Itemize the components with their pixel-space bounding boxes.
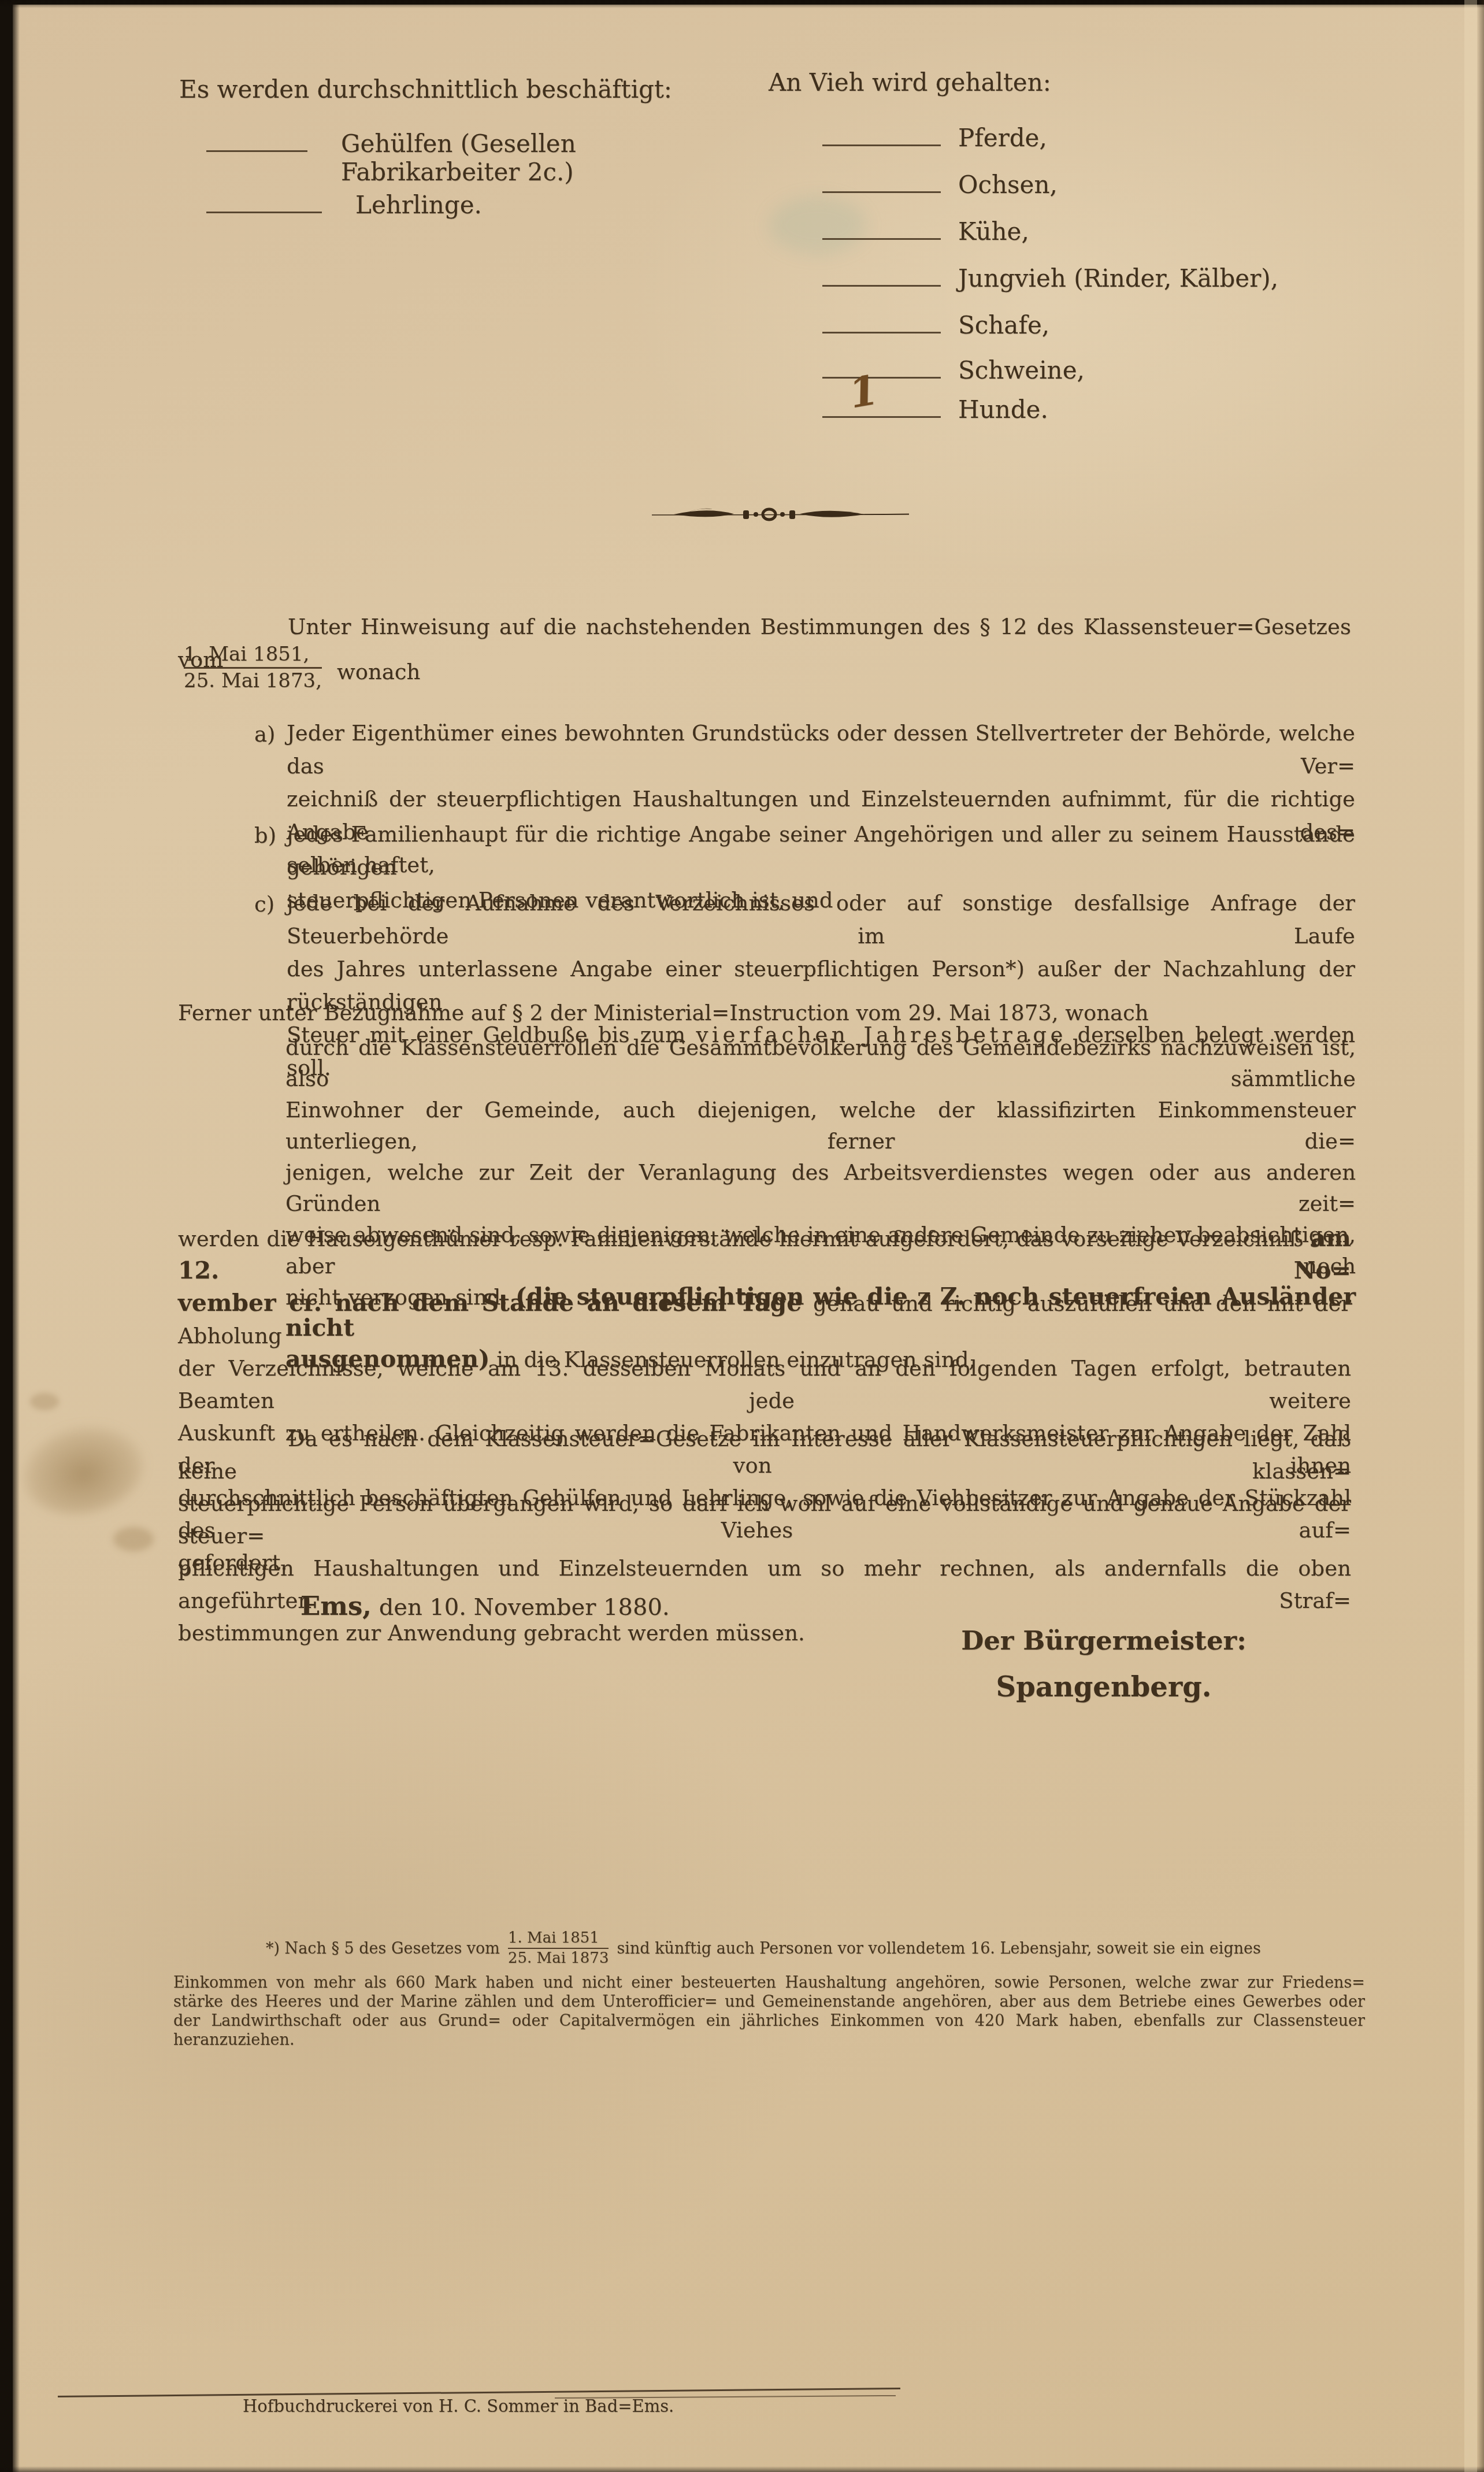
text-segment: stärke des Heeres und der Marine zählen … [173, 1993, 1365, 2011]
signature-block: Der Bürgermeister: Spangenberg. [925, 1625, 1283, 1703]
scanned-document-page: Es werden durchschnittlich beschäftigt: … [0, 0, 1484, 2472]
list-marker-c: c) [254, 888, 274, 921]
text-line: Einwohner der Gemeinde, auch diejenigen,… [285, 1095, 1356, 1157]
text-line: Jeder Eigenthümer eines bewohnten Grunds… [287, 717, 1355, 783]
blank-fill-line [822, 121, 941, 146]
text-segment: der Verzeichnisse, welche am 13. desselb… [178, 1356, 1351, 1413]
livestock-label: Hunde. [958, 395, 1048, 424]
text-segment: durch die Klassensteuerrollen die Gesamm… [285, 1035, 1356, 1091]
text-line: werden die Hauseigenthümer resp. Familie… [178, 1223, 1351, 1288]
livestock-label: Schafe, [958, 311, 1049, 339]
text-segment: jedes Familienhaupt für die richtige Ang… [287, 822, 1355, 880]
livestock-row-ochsen: Ochsen, [822, 168, 1058, 199]
text-segment: werden die Hauseigenthümer resp. Familie… [178, 1226, 1311, 1251]
text-line: steuerpflichtige Person übergangen wird,… [178, 1488, 1351, 1552]
footnote-post: sind künftig auch Personen vor vollendet… [617, 1940, 1260, 1958]
text-line: vember cr. nach dem Stande an diesem Tag… [178, 1288, 1351, 1352]
text-line: der Verzeichnisse, welche am 13. desselb… [178, 1352, 1351, 1417]
employment-row-gehuelfen: Gehülfen (Gesellen Fabrikarbeiter 2c.) [206, 127, 757, 186]
livestock-label: Kühe, [958, 217, 1029, 246]
text-segment: Ferner unter Bezugnahme auf § 2 der Mini… [178, 1000, 1149, 1025]
signature-title: Der Bürgermeister: [925, 1625, 1283, 1656]
text-line: Da es nach dem Klassensteuer=Gesetze im … [178, 1423, 1351, 1488]
footnote-date-fraction: 1. Mai 1851 25. Mai 1873 [508, 1929, 609, 1967]
place-name: Ems, [300, 1591, 372, 1621]
text-line: stärke des Heeres und der Marine zählen … [173, 1992, 1365, 2011]
text-line: jede bei der Aufnahme des Verzeichnisses… [287, 887, 1355, 953]
text-segment: jede bei der Aufnahme des Verzeichnisses… [287, 891, 1355, 948]
blank-fill-line [822, 262, 941, 287]
text-segment: Einwohner der Gemeinde, auch diejenigen,… [285, 1098, 1356, 1154]
blank-fill-line [822, 215, 941, 240]
footnote-first-line: *) Nach § 5 des Gesetzes vom 1. Mai 1851… [173, 1929, 1365, 1967]
text-line: Ferner unter Bezugnahme auf § 2 der Mini… [178, 996, 1351, 1029]
text-line: durch die Klassensteuerrollen die Gesamm… [285, 1032, 1356, 1095]
blank-fill-line [822, 393, 941, 418]
footnote-pre: *) Nach § 5 des Gesetzes vom [266, 1940, 500, 1958]
ferner-paragraph: Ferner unter Bezugnahme auf § 2 der Mini… [178, 996, 1351, 1029]
livestock-label: Jungvieh (Rinder, Kälber), [958, 264, 1278, 292]
text-segment: Einkommen von mehr als 660 Mark haben un… [173, 1974, 1365, 1992]
text-line: jenigen, welche zur Zeit der Veranlagung… [285, 1157, 1356, 1220]
list-marker-b: b) [254, 819, 276, 852]
blank-fill-line [822, 309, 941, 333]
divider-ornament [652, 503, 909, 526]
text-segment: bestimmungen zur Anwendung gebracht werd… [178, 1621, 805, 1645]
law-dates: 1. Mai 1851, 25. Mai 1873, wonach [184, 643, 420, 693]
place-dateline: Ems, den 10. November 1880. [300, 1591, 670, 1621]
employment-row-lehrlinge: Lehrlinge. [206, 188, 482, 219]
blank-fill-line [822, 168, 941, 193]
signature-name: Spangenberg. [925, 1671, 1283, 1703]
livestock-label: Schweine, [958, 356, 1085, 384]
livestock-heading: An Vieh wird gehalten: [769, 68, 1433, 97]
date-1851: 1. Mai 1851, [184, 643, 322, 669]
livestock-row-kuehe: Kühe, [822, 215, 1029, 246]
text-line: Einkommen von mehr als 660 Mark haben un… [173, 1973, 1365, 1992]
employment-heading: Es werden durchschnittlich beschäftigt: [179, 75, 757, 103]
livestock-row-schafe: Schafe, [822, 309, 1049, 339]
date-text: den 10. November 1880. [372, 1594, 670, 1621]
bold-text-segment: vember cr. nach dem Stande an diesem Tag… [178, 1289, 802, 1317]
livestock-label: Pferde, [958, 124, 1047, 152]
list-marker-a: a) [254, 718, 276, 751]
blank-fill-line [206, 188, 322, 213]
livestock-label: Ochsen, [958, 171, 1058, 199]
printer-imprint: Hofbuchdruckerei von H. C. Sommer in Bad… [243, 2396, 674, 2416]
wonach-word: wonach [337, 651, 420, 684]
livestock-row-jungvieh: Jungvieh (Rinder, Kälber), [822, 262, 1278, 292]
footnote: *) Nach § 5 des Gesetzes vom 1. Mai 1851… [173, 1929, 1365, 2050]
footnote-date-1873: 25. Mai 1873 [508, 1949, 609, 1967]
blank-fill-line [206, 127, 307, 152]
text-segment: jenigen, welche zur Zeit der Veranlagung… [285, 1160, 1356, 1216]
employment-section: Es werden durchschnittlich beschäftigt: … [179, 75, 757, 103]
footnote-date-1851: 1. Mai 1851 [508, 1929, 609, 1949]
text-segment: Da es nach dem Klassensteuer=Gesetze im … [178, 1426, 1351, 1484]
text-line: jedes Familienhaupt für die richtige Ang… [287, 818, 1355, 884]
blank-fill-line [822, 354, 941, 379]
text-line: der Landwirthschaft oder aus Grund= oder… [173, 2011, 1365, 2050]
date-fraction: 1. Mai 1851, 25. Mai 1873, [184, 643, 322, 693]
employment-label: Gehülfen (Gesellen Fabrikarbeiter 2c.) [341, 129, 757, 186]
employment-label: Lehrlinge. [355, 191, 482, 219]
livestock-section: An Vieh wird gehalten: Pferde, Ochsen, K… [769, 68, 1433, 97]
footnote-lines: Einkommen von mehr als 660 Mark haben un… [173, 1973, 1365, 2050]
text-segment: Jeder Eigenthümer eines bewohnten Grunds… [287, 721, 1355, 779]
text-segment: steuerpflichtige Person übergangen wird,… [178, 1491, 1351, 1548]
text-segment: der Landwirthschaft oder aus Grund= oder… [173, 2012, 1365, 2049]
date-1873: 25. Mai 1873, [184, 669, 322, 693]
livestock-row-pferde: Pferde, [822, 121, 1047, 152]
